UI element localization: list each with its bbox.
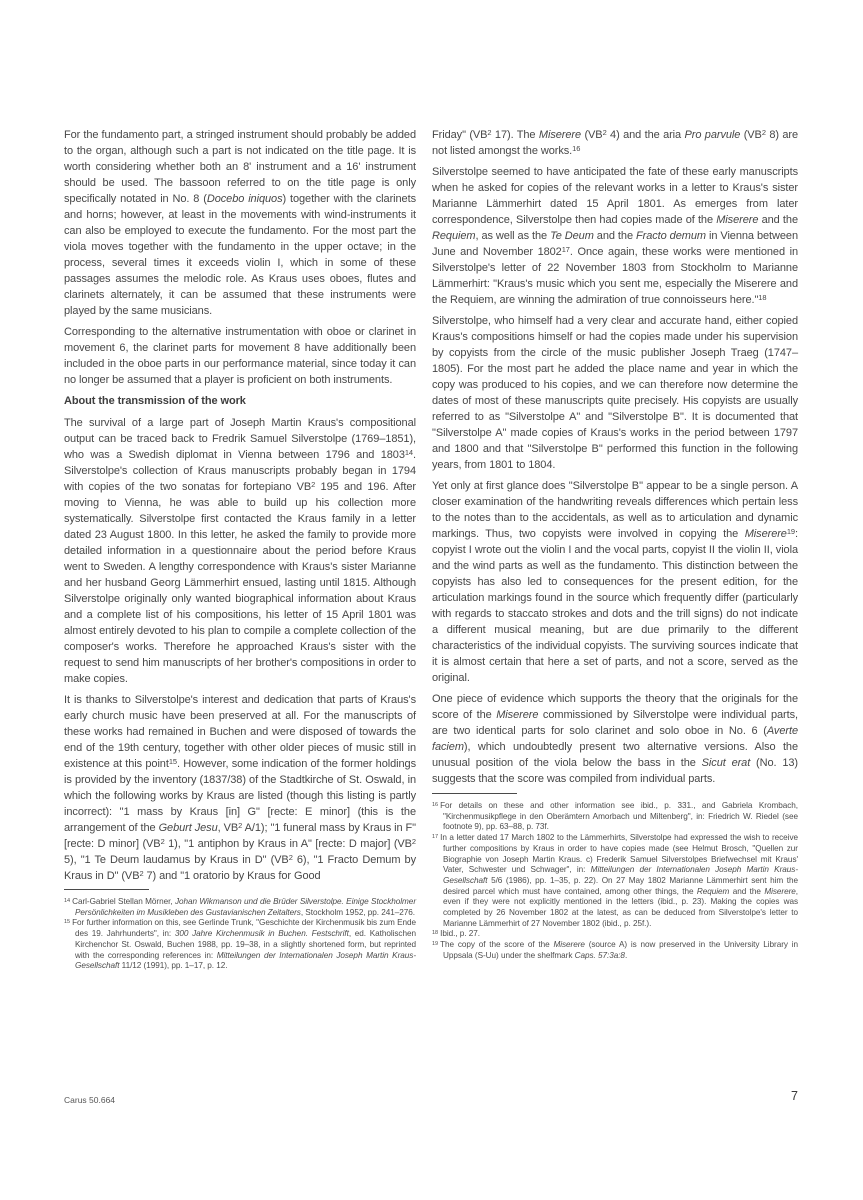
section-heading-transmission: About the transmission of the work: [64, 393, 416, 409]
right-column: Friday" (VB2 17). The Miserere (VB2 4) a…: [432, 127, 798, 962]
left-column: For the fundamento part, a stringed inst…: [64, 127, 416, 972]
footnote-separator: [64, 889, 149, 890]
footnote-18: 18Ibid., p. 27.: [432, 929, 798, 940]
paragraph-survival: The survival of a large part of Joseph M…: [64, 415, 416, 687]
footnote-number: 18: [432, 930, 438, 936]
paragraph-silverstolpe-b: Yet only at first glance does "Silversto…: [432, 478, 798, 686]
footnote-text: Ibid., p. 27.: [440, 929, 480, 938]
footnote-16: 16For details on these and other informa…: [432, 801, 798, 833]
paragraph-inventory: It is thanks to Silverstolpe's interest …: [64, 692, 416, 884]
footnote-number: 19: [432, 941, 438, 947]
footnote-17: 17In a letter dated 17 March 1802 to the…: [432, 833, 798, 929]
footnote-text: For further information on this, see Ger…: [72, 918, 416, 970]
footnote-number: 16: [432, 802, 438, 808]
footnote-15: 15For further information on this, see G…: [64, 918, 416, 972]
footnote-number: 17: [432, 834, 438, 840]
paragraph-fundamento: For the fundamento part, a stringed inst…: [64, 127, 416, 319]
footnote-text: The copy of the score of the Miserere (s…: [440, 940, 798, 960]
footnote-text: Carl-Gabriel Stellan Mörner, Johan Wikma…: [72, 897, 416, 917]
edition-number: Carus 50.664: [64, 1095, 115, 1105]
paragraph-anticipated-fate: Silverstolpe seemed to have anticipated …: [432, 164, 798, 308]
footnote-separator: [432, 793, 517, 794]
footnote-number: 15: [64, 919, 70, 925]
page-number: 7: [432, 1089, 798, 1103]
footnote-text: In a letter dated 17 March 1802 to the L…: [440, 833, 798, 928]
paragraph-copyists: Silverstolpe, who himself had a very cle…: [432, 313, 798, 473]
footnote-19: 19The copy of the score of the Miserere …: [432, 940, 798, 961]
paragraph-works-not-listed: Friday" (VB2 17). The Miserere (VB2 4) a…: [432, 127, 798, 159]
footnote-block-left: 14Carl-Gabriel Stellan Mörner, Johan Wik…: [64, 889, 416, 972]
footnote-text: For details on these and other informati…: [440, 801, 798, 831]
paragraph-alternative-instrumentation: Corresponding to the alternative instrum…: [64, 324, 416, 388]
document-page: For the fundamento part, a stringed inst…: [0, 0, 863, 1200]
footnote-block-right: 16For details on these and other informa…: [432, 793, 798, 962]
footnote-14: 14Carl-Gabriel Stellan Mörner, Johan Wik…: [64, 897, 416, 918]
paragraph-evidence: One piece of evidence which supports the…: [432, 691, 798, 787]
footnote-number: 14: [64, 898, 70, 904]
